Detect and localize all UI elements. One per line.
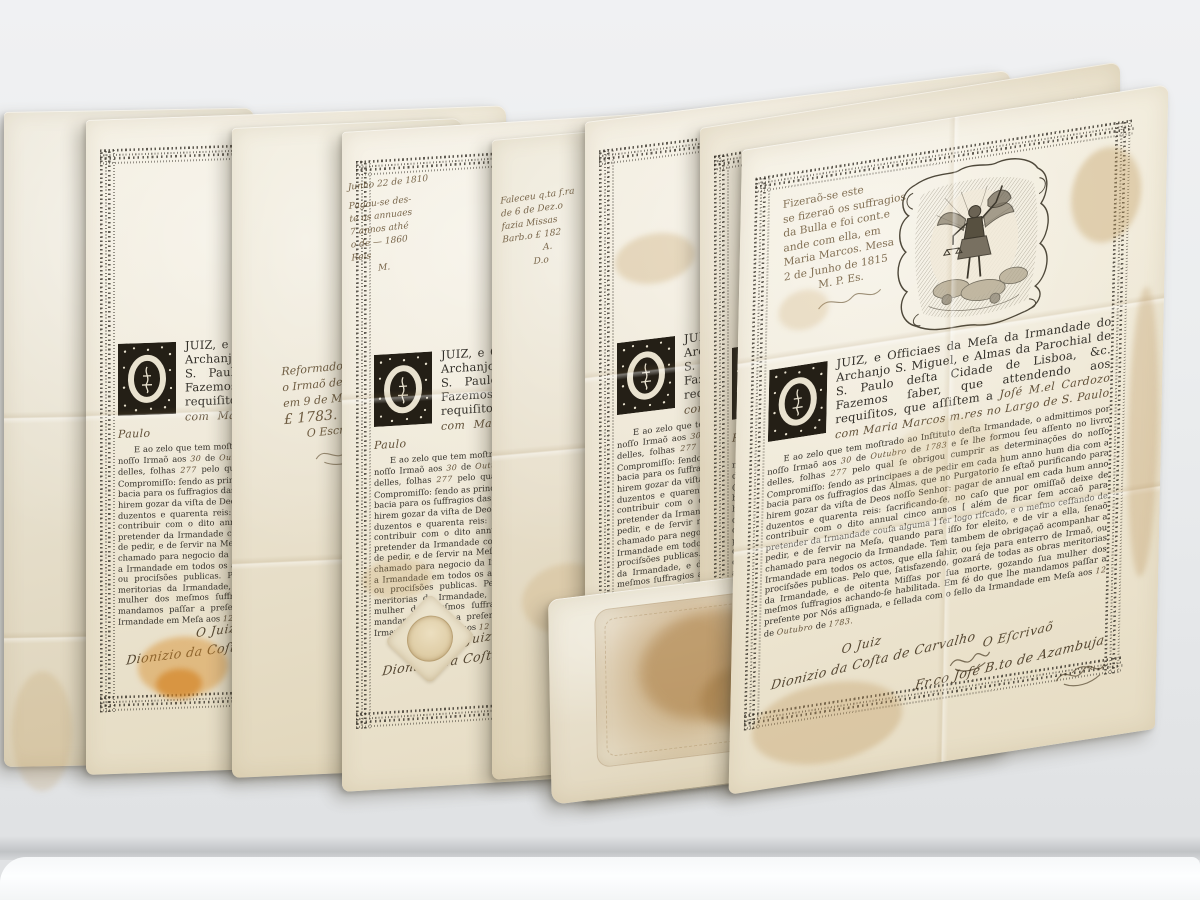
ornament-border-left (714, 153, 730, 624)
handwritten-insert: 277 (436, 474, 452, 484)
handwritten-insert: 30 (446, 463, 457, 473)
body-text-segment: de (205, 452, 215, 462)
judge-signature-role: O Juiz (195, 621, 236, 640)
ornate-initial-O (118, 342, 176, 416)
handwritten-insert: 277 (680, 442, 696, 453)
certificate-text: JUIZ, e Officiaes da Meſa da Irmandade d… (764, 314, 1112, 640)
white-table-edge (0, 857, 1200, 900)
handwritten-insert: 277 (180, 465, 196, 475)
ornate-initial-O (374, 351, 432, 427)
body-text-segment: de (856, 451, 866, 463)
handwritten-insert: 30 (841, 454, 852, 465)
ink-paraph (1052, 654, 1107, 692)
handwritten-insert: 12 (1095, 565, 1106, 576)
ornament-border-left (100, 149, 116, 713)
body-text-segment: de (911, 443, 921, 455)
ornate-initial-O (617, 336, 675, 415)
body-text-segment: de (816, 619, 826, 631)
body-text-segment: de (764, 627, 774, 639)
handwritten-note-faleceu: Faleceu q.ta f.ra de 6 de Dez.o fazia Mi… (500, 183, 596, 273)
handwritten-insert: 30 (190, 454, 201, 463)
body-text-segment: de (461, 461, 471, 472)
st-michael-engraving (888, 147, 1060, 345)
handwritten-insert: 1783. (829, 616, 854, 629)
printed-certificate: Fizeraõ-se este se fizeraõ os suffragios… (728, 84, 1168, 795)
photograph-of-documents: Fizeraõ-se este se fizeraõ os suffragios… (0, 0, 1200, 900)
ornate-initial-O (768, 361, 828, 442)
document-sheet-certificate-front: Fizeraõ-se este se fizeraõ os suffragios… (728, 84, 1168, 795)
handwritten-note-junho: Junho 22 de 1810 Pagou-se des- te os ann… (348, 172, 439, 278)
